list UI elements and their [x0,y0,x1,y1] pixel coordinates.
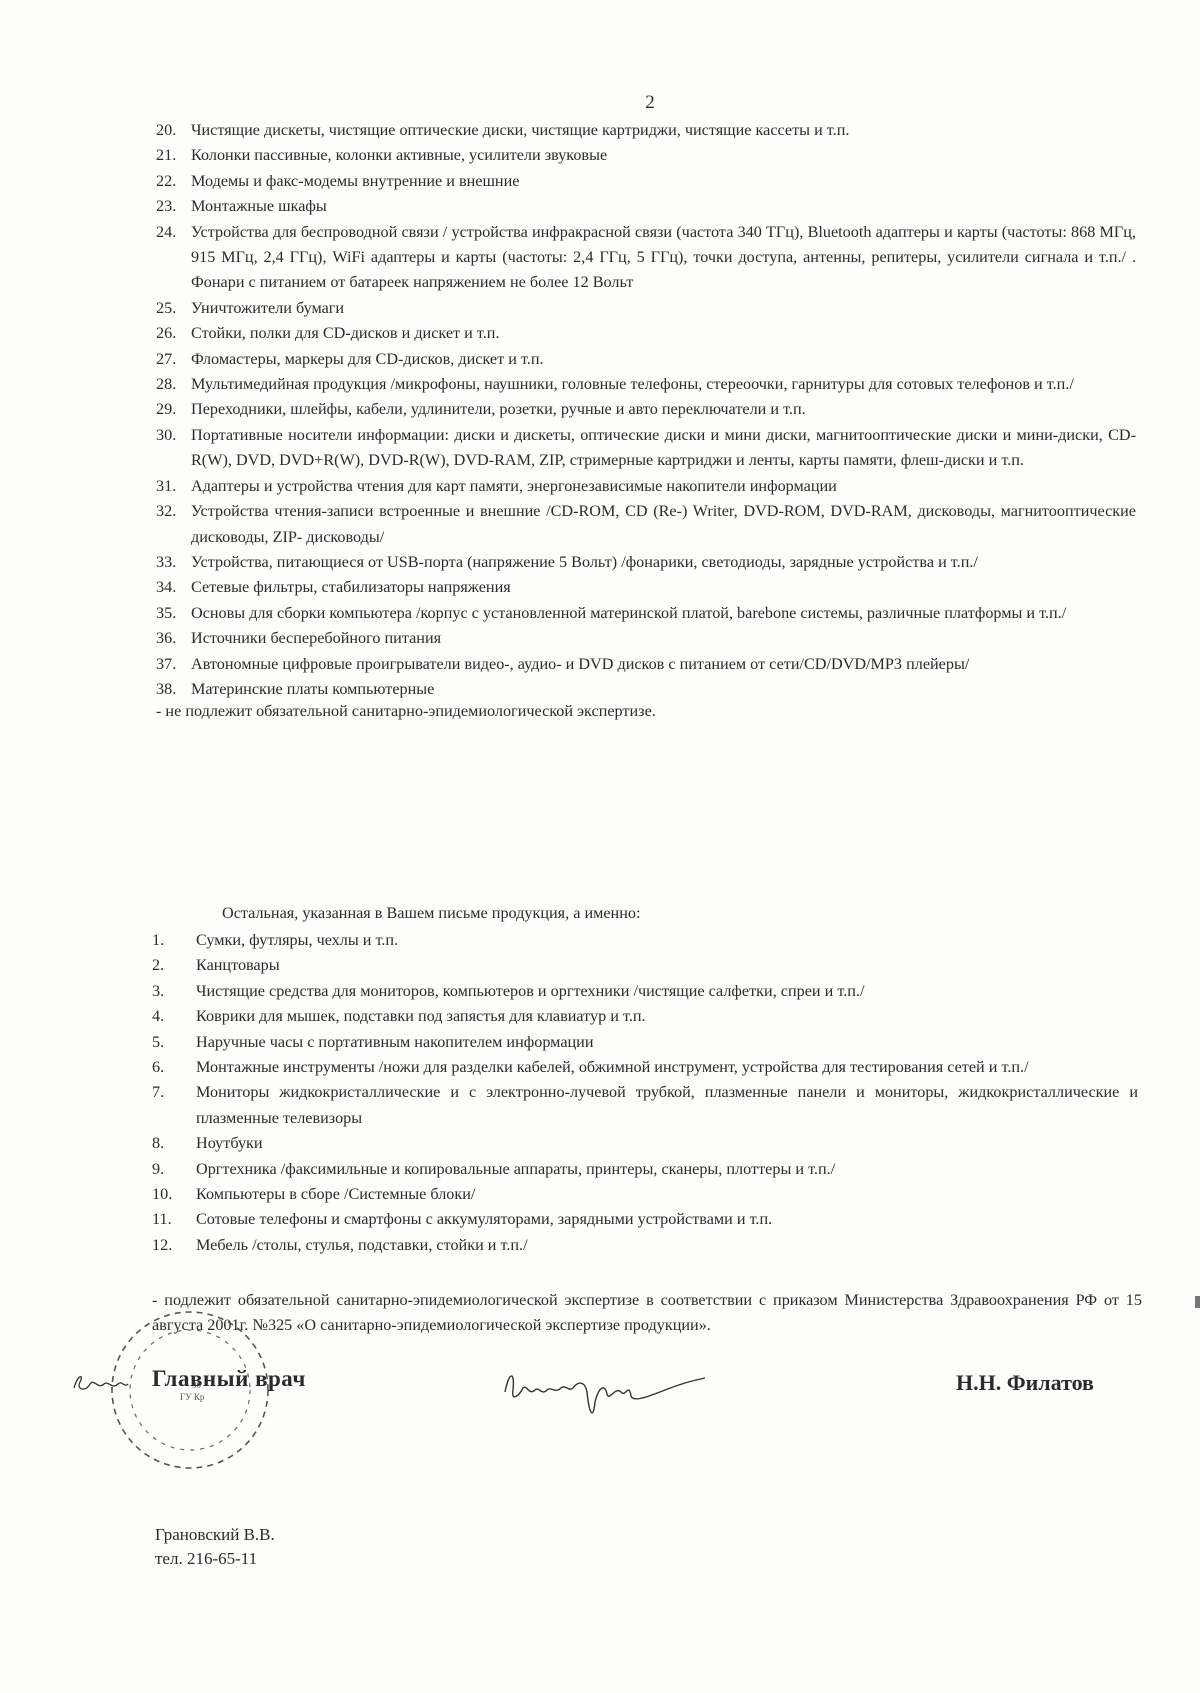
conclusion-not-required: - не подлежит обязательной санитарно-эпи… [156,702,656,721]
list-item: 23.Монтажные шкафы [156,194,1136,219]
list-item: 34.Сетевые фильтры, стабилизаторы напряж… [156,575,1136,600]
item-text: Стойки, полки для CD-дисков и дискет и т… [191,321,1136,346]
item-text: Мультимедийная продукция /микрофоны, нау… [191,372,1136,397]
item-number: 20. [156,118,191,143]
item-number: 1. [152,928,196,953]
list-item: 35.Основы для сборки компьютера /корпус … [156,601,1136,626]
conclusion-required: - подлежит обязательной санитарно-эпидем… [152,1288,1142,1338]
item-text: Основы для сборки компьютера /корпус с у… [191,601,1136,626]
item-text: Автономные цифровые проигрыватели видео-… [191,652,1136,677]
item-text: Сумки, футляры, чехлы и т.п. [196,928,1138,953]
item-text: Коврики для мышек, подставки под запясть… [196,1004,1138,1029]
item-number: 23. [156,194,191,219]
item-number: 27. [156,347,191,372]
item-number: 38. [156,677,191,702]
list-item: 20.Чистящие дискеты, чистящие оптические… [156,118,1136,143]
item-text: Адаптеры и устройства чтения для карт па… [191,474,1136,499]
item-text: Мебель /столы, стулья, подставки, стойки… [196,1233,1138,1258]
item-number: 34. [156,575,191,600]
item-text: Устройства, питающиеся от USB-порта (нап… [191,550,1136,575]
list-item: 11.Сотовые телефоны и смартфоны с аккуму… [152,1207,1138,1232]
item-number: 33. [156,550,191,575]
item-number: 29. [156,397,191,422]
list-not-required: 20.Чистящие дискеты, чистящие оптические… [156,118,1136,702]
item-number: 36. [156,626,191,651]
item-text: Сетевые фильтры, стабилизаторы напряжени… [191,575,1136,600]
item-text: Монтажные шкафы [191,194,1136,219]
item-text: Материнские платы компьютерные [191,677,1136,702]
item-text: Модемы и факс-модемы внутренние и внешни… [191,169,1136,194]
item-number: 10. [152,1182,196,1207]
handwritten-signature [495,1362,715,1432]
list-item: 2.Канцтовары [152,953,1138,978]
list-item: 26.Стойки, полки для CD-дисков и дискет … [156,321,1136,346]
item-text: Наручные часы с портативным накопителем … [196,1030,1138,1055]
item-text: Канцтовары [196,953,1138,978]
executor-phone: тел. 216-65-11 [155,1547,275,1571]
scan-edge-mark [1195,1296,1200,1308]
list-item: 38.Материнские платы компьютерные [156,677,1136,702]
item-number: 4. [152,1004,196,1029]
item-text: Портативные носители информации: диски и… [191,423,1136,474]
list-item: 33.Устройства, питающиеся от USB-порта (… [156,550,1136,575]
item-number: 8. [152,1131,196,1156]
item-text: Мониторы жидкокристаллические и с электр… [196,1080,1138,1131]
list-item: 31.Адаптеры и устройства чтения для карт… [156,474,1136,499]
item-text: Чистящие средства для мониторов, компьют… [196,979,1138,1004]
item-text: Устройства для беспроводной связи / устр… [191,220,1136,296]
list-item: 24.Устройства для беспроводной связи / у… [156,220,1136,296]
item-number: 28. [156,372,191,397]
list-item: 37.Автономные цифровые проигрыватели вид… [156,652,1136,677]
item-number: 3. [152,979,196,1004]
list-item: 27.Фломастеры, маркеры для CD-дисков, ди… [156,347,1136,372]
item-number: 11. [152,1207,196,1232]
item-number: 5. [152,1030,196,1055]
item-text: Уничтожители бумаги [191,296,1136,321]
item-text: Компьютеры в сборе /Системные блоки/ [196,1182,1138,1207]
item-number: 30. [156,423,191,474]
signatory-name: Н.Н. Филатов [956,1370,1094,1396]
list-item: 29.Переходники, шлейфы, кабели, удлините… [156,397,1136,422]
item-number: 25. [156,296,191,321]
item-number: 12. [152,1233,196,1258]
section2-intro: Остальная, указанная в Вашем письме прод… [222,904,640,923]
item-text: Оргтехника /факсимильные и копировальные… [196,1157,1138,1182]
item-number: 24. [156,220,191,296]
list-item: 10.Компьютеры в сборе /Системные блоки/ [152,1182,1138,1207]
list-item: 8.Ноутбуки [152,1131,1138,1156]
svg-text:ГУ Кр: ГУ Кр [180,1392,205,1402]
handwritten-initials [70,1368,130,1398]
list-item: 28.Мультимедийная продукция /микрофоны, … [156,372,1136,397]
list-required: 1.Сумки, футляры, чехлы и т.п.2.Канцтова… [152,928,1138,1258]
list-item: 9.Оргтехника /факсимильные и копировальн… [152,1157,1138,1182]
list-item: 7.Мониторы жидкокристаллические и с элек… [152,1080,1138,1131]
item-number: 7. [152,1080,196,1131]
page-number: 2 [50,92,1200,114]
item-text: Колонки пассивные, колонки активные, уси… [191,143,1136,168]
list-item: 4.Коврики для мышек, подставки под запяс… [152,1004,1138,1029]
list-item: 30.Портативные носители информации: диск… [156,423,1136,474]
item-text: Переходники, шлейфы, кабели, удлинители,… [191,397,1136,422]
item-number: 32. [156,499,191,550]
item-text: Фломастеры, маркеры для CD-дисков, диске… [191,347,1136,372]
item-text: Монтажные инструменты /ножи для разделки… [196,1055,1138,1080]
item-number: 9. [152,1157,196,1182]
list-item: 21.Колонки пассивные, колонки активные, … [156,143,1136,168]
item-number: 35. [156,601,191,626]
item-number: 22. [156,169,191,194]
item-text: Источники бесперебойного питания [191,626,1136,651]
list-item: 1.Сумки, футляры, чехлы и т.п. [152,928,1138,953]
item-number: 26. [156,321,191,346]
list-item: 36.Источники бесперебойного питания [156,626,1136,651]
item-number: 37. [156,652,191,677]
executor-name: Грановский В.В. [155,1523,275,1547]
item-number: 2. [152,953,196,978]
item-text: Ноутбуки [196,1131,1138,1156]
list-item: 25.Уничтожители бумаги [156,296,1136,321]
item-text: Устройства чтения-записи встроенные и вн… [191,499,1136,550]
list-item: 12.Мебель /столы, стулья, подставки, сто… [152,1233,1138,1258]
list-item: 22.Модемы и факс-модемы внутренние и вне… [156,169,1136,194]
list-item: 6.Монтажные инструменты /ножи для раздел… [152,1055,1138,1080]
list-item: 3.Чистящие средства для мониторов, компь… [152,979,1138,1004]
executor-info: Грановский В.В. тел. 216-65-11 [155,1523,275,1571]
list-item: 5.Наручные часы с портативным накопителе… [152,1030,1138,1055]
list-item: 32.Устройства чтения-записи встроенные и… [156,499,1136,550]
item-number: 21. [156,143,191,168]
item-text: Сотовые телефоны и смартфоны с аккумулят… [196,1207,1138,1232]
item-text: Чистящие дискеты, чистящие оптические ди… [191,118,1136,143]
item-number: 6. [152,1055,196,1080]
signatory-title: Главный врач [152,1366,306,1392]
item-number: 31. [156,474,191,499]
